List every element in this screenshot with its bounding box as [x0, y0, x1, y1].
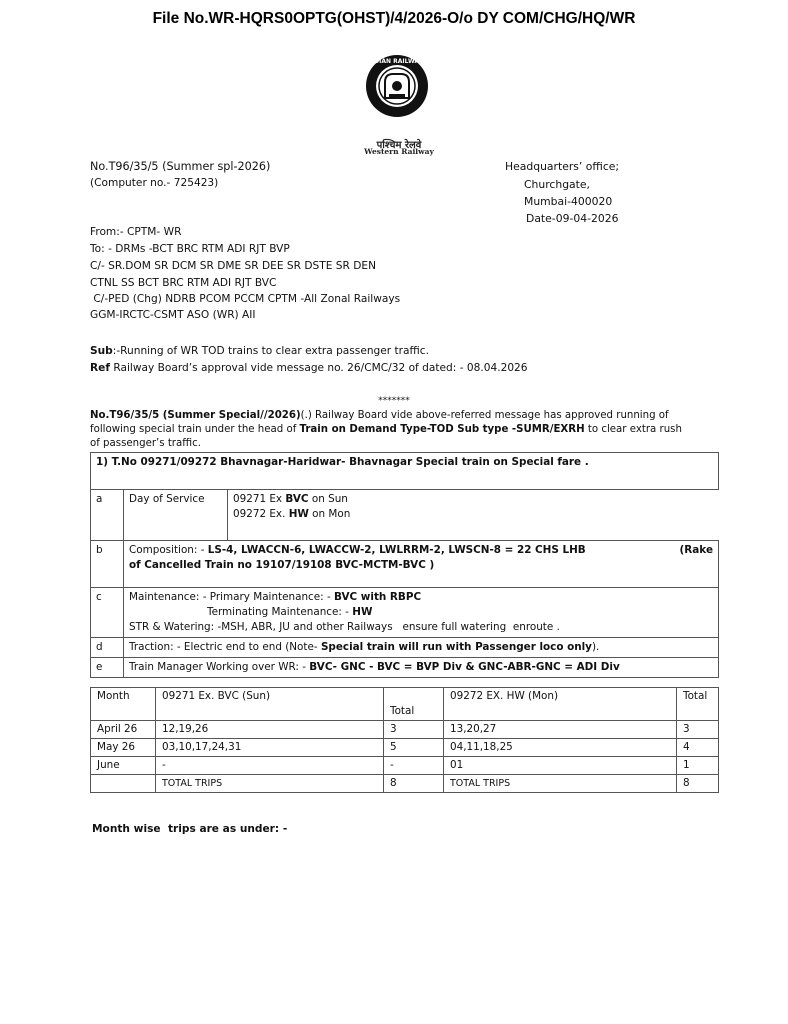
body-line-2: following special train under the head o… — [90, 423, 682, 437]
header-total-09271: Total — [384, 688, 444, 721]
trips-row: May 26 03,10,17,24,31 5 04,11,18,25 4 — [91, 739, 719, 757]
body-line-1: No.T96/35/5 (Summer Special//2026)(.) Ra… — [90, 409, 669, 423]
dos-line2-day: on Mon — [309, 508, 350, 520]
dos-return-station: HW — [289, 508, 309, 520]
separator-stars: ******* — [0, 396, 788, 406]
traction-note: Special train will run with Passenger lo… — [321, 641, 592, 653]
primary-maintenance-value: BVC with RBPC — [334, 591, 421, 603]
watering-note: STR & Watering: -MSH, ABR, JU and other … — [129, 620, 713, 635]
reference-text: Railway Board’s approval vide message no… — [110, 362, 528, 374]
row-key-a: a — [91, 490, 124, 541]
subject-line: Sub:-Running of WR TOD trains to clear e… — [90, 343, 429, 360]
total-trips-label-09271: TOTAL TRIPS — [156, 775, 384, 793]
traction-value: Traction: - Electric end to end (Note- S… — [124, 638, 719, 658]
primary-maintenance-label: Maintenance: - Primary Maintenance: - — [129, 591, 334, 603]
office-line-3: Mumbai-400020 — [524, 193, 612, 210]
cc-line-2: CTNL SS BCT BRC RTM ADI RJT BVC — [90, 275, 276, 292]
maintenance-row: c Maintenance: - Primary Maintenance: - … — [91, 588, 719, 638]
total-trips-09272: 8 — [677, 775, 719, 793]
body-tod-type: Train on Demand Type-TOD Sub type -SUMR/… — [300, 424, 585, 435]
logo-english-text: Western Railway — [340, 147, 458, 156]
total-trips-label-09272: TOTAL TRIPS — [444, 775, 677, 793]
body-line-3: of passenger’s traffic. — [90, 437, 201, 451]
row-key-d: d — [91, 638, 124, 658]
day-of-service-value: 09271 Ex BVC on Sun 09272 Ex. HW on Mon — [228, 490, 719, 541]
trips-09272-dates: 01 — [444, 757, 677, 775]
trips-month — [91, 775, 156, 793]
row-key-e: e — [91, 658, 124, 678]
trips-month: May 26 — [91, 739, 156, 757]
body-text-2: following special train under the head o… — [90, 424, 300, 435]
header-total-09272: Total — [677, 688, 719, 721]
trips-09272-dates: 13,20,27 — [444, 721, 677, 739]
total-trips-09271: 8 — [384, 775, 444, 793]
file-number-heading: File No.WR-HQRS0OPTG(OHST)/4/2026-O/o DY… — [0, 10, 788, 28]
trips-09272-total: 4 — [677, 739, 719, 757]
trips-row: June - - 01 1 — [91, 757, 719, 775]
composition-cancelled-train: of Cancelled Train no 19107/19108 BVC-MC… — [129, 559, 434, 571]
composition-label: Composition: - — [129, 544, 208, 556]
train-manager-divisions: BVC- GNC - BVC = BVP Div & GNC-ABR-GNC =… — [309, 661, 619, 673]
traction-text: Traction: - Electric end to end (Note- — [129, 641, 321, 653]
terminating-maintenance-label: Terminating Maintenance: - — [207, 606, 352, 618]
trips-09271-dates: 12,19,26 — [156, 721, 384, 739]
composition-row: b Composition: - LS-4, LWACCN-6, LWACCW-… — [91, 541, 719, 588]
body-text-3: to clear extra rush — [585, 424, 682, 435]
trips-total-row: TOTAL TRIPS 8 TOTAL TRIPS 8 — [91, 775, 719, 793]
computer-number: (Computer no.- 725423) — [90, 175, 218, 192]
trips-09271-total: - — [384, 757, 444, 775]
dos-line1-day: on Sun — [309, 493, 348, 505]
traction-row: d Traction: - Electric end to end (Note-… — [91, 638, 719, 658]
reference-label: Ref — [90, 362, 110, 374]
subject-label: Sub — [90, 345, 113, 357]
header-09272: 09272 EX. HW (Mon) — [444, 688, 677, 721]
composition-coaches: LS-4, LWACCN-6, LWACCW-2, LWLRRM-2, LWSC… — [208, 544, 586, 556]
dos-line1-text: 09271 Ex — [233, 493, 285, 505]
body-text-1: (.) Railway Board vide above-referred me… — [301, 410, 669, 421]
trips-header-row: Month 09271 Ex. BVC (Sun) Total 09272 EX… — [91, 688, 719, 721]
day-of-service-label: Day of Service — [124, 490, 228, 541]
train-title: 1) T.No 09271/09272 Bhavnagar-Haridwar- … — [91, 453, 719, 490]
train-details-table: 1) T.No 09271/09272 Bhavnagar-Haridwar- … — [90, 452, 719, 678]
trips-09271-dates: - — [156, 757, 384, 775]
train-manager-value: Train Manager Working over WR: - BVC- GN… — [124, 658, 719, 678]
cc-line-1: C/- SR.DOM SR DCM SR DME SR DEE SR DSTE … — [90, 258, 376, 275]
trips-09271-dates: 03,10,17,24,31 — [156, 739, 384, 757]
trips-table: Month 09271 Ex. BVC (Sun) Total 09272 EX… — [90, 687, 719, 793]
trips-09272-total: 3 — [677, 721, 719, 739]
trips-row: April 26 12,19,26 3 13,20,27 3 — [91, 721, 719, 739]
train-manager-label: Train Manager Working over WR: - — [129, 661, 309, 673]
train-manager-row: e Train Manager Working over WR: - BVC- … — [91, 658, 719, 678]
trips-09271-total: 3 — [384, 721, 444, 739]
indian-railways-emblem-icon: INDIAN RAILWAYS — [365, 54, 429, 118]
reference-line: Ref Railway Board’s approval vide messag… — [90, 360, 528, 377]
cc-line-4: GGM-IRCTC-CSMT ASO (WR) AII — [90, 307, 256, 324]
maintenance-value: Maintenance: - Primary Maintenance: - BV… — [124, 588, 719, 638]
trips-month: June — [91, 757, 156, 775]
svg-text:INDIAN RAILWAYS: INDIAN RAILWAYS — [367, 58, 427, 65]
row-key-b: b — [91, 541, 124, 588]
trips-09272-dates: 04,11,18,25 — [444, 739, 677, 757]
train-title-row: 1) T.No 09271/09272 Bhavnagar-Haridwar- … — [91, 453, 719, 490]
trips-09271-total: 5 — [384, 739, 444, 757]
terminating-maintenance-value: HW — [352, 606, 372, 618]
dos-line2-text: 09272 Ex. — [233, 508, 289, 520]
composition-value: Composition: - LS-4, LWACCN-6, LWACCW-2,… — [124, 541, 719, 588]
dos-origin-station: BVC — [285, 493, 308, 505]
office-line-2: Churchgate, — [524, 176, 590, 193]
body-ref-number: No.T96/35/5 (Summer Special//2026) — [90, 410, 301, 421]
subject-text: :-Running of WR TOD trains to clear extr… — [113, 345, 429, 357]
cc-line-3: C/-PED (Chg) NDRB PCOM PCCM CPTM -All Zo… — [90, 291, 400, 308]
to-line: To: - DRMs -BCT BRC RTM ADI RJT BVP — [90, 241, 290, 258]
month-wise-note: Month wise trips are as under: - — [92, 821, 287, 838]
trips-month: April 26 — [91, 721, 156, 739]
letter-number: No.T96/35/5 (Summer spl-2026) — [90, 158, 270, 175]
composition-rake-note: (Rake — [680, 543, 713, 558]
header-09271: 09271 Ex. BVC (Sun) — [156, 688, 384, 721]
trips-09272-total: 1 — [677, 757, 719, 775]
day-of-service-row: a Day of Service 09271 Ex BVC on Sun 092… — [91, 490, 719, 541]
header-month: Month — [91, 688, 156, 721]
letter-date: Date-09-04-2026 — [526, 210, 618, 227]
row-key-c: c — [91, 588, 124, 638]
traction-end: ). — [592, 641, 599, 653]
from-line: From:- CPTM- WR — [90, 224, 181, 241]
office-line-1: Headquarters’ office; — [505, 158, 619, 175]
